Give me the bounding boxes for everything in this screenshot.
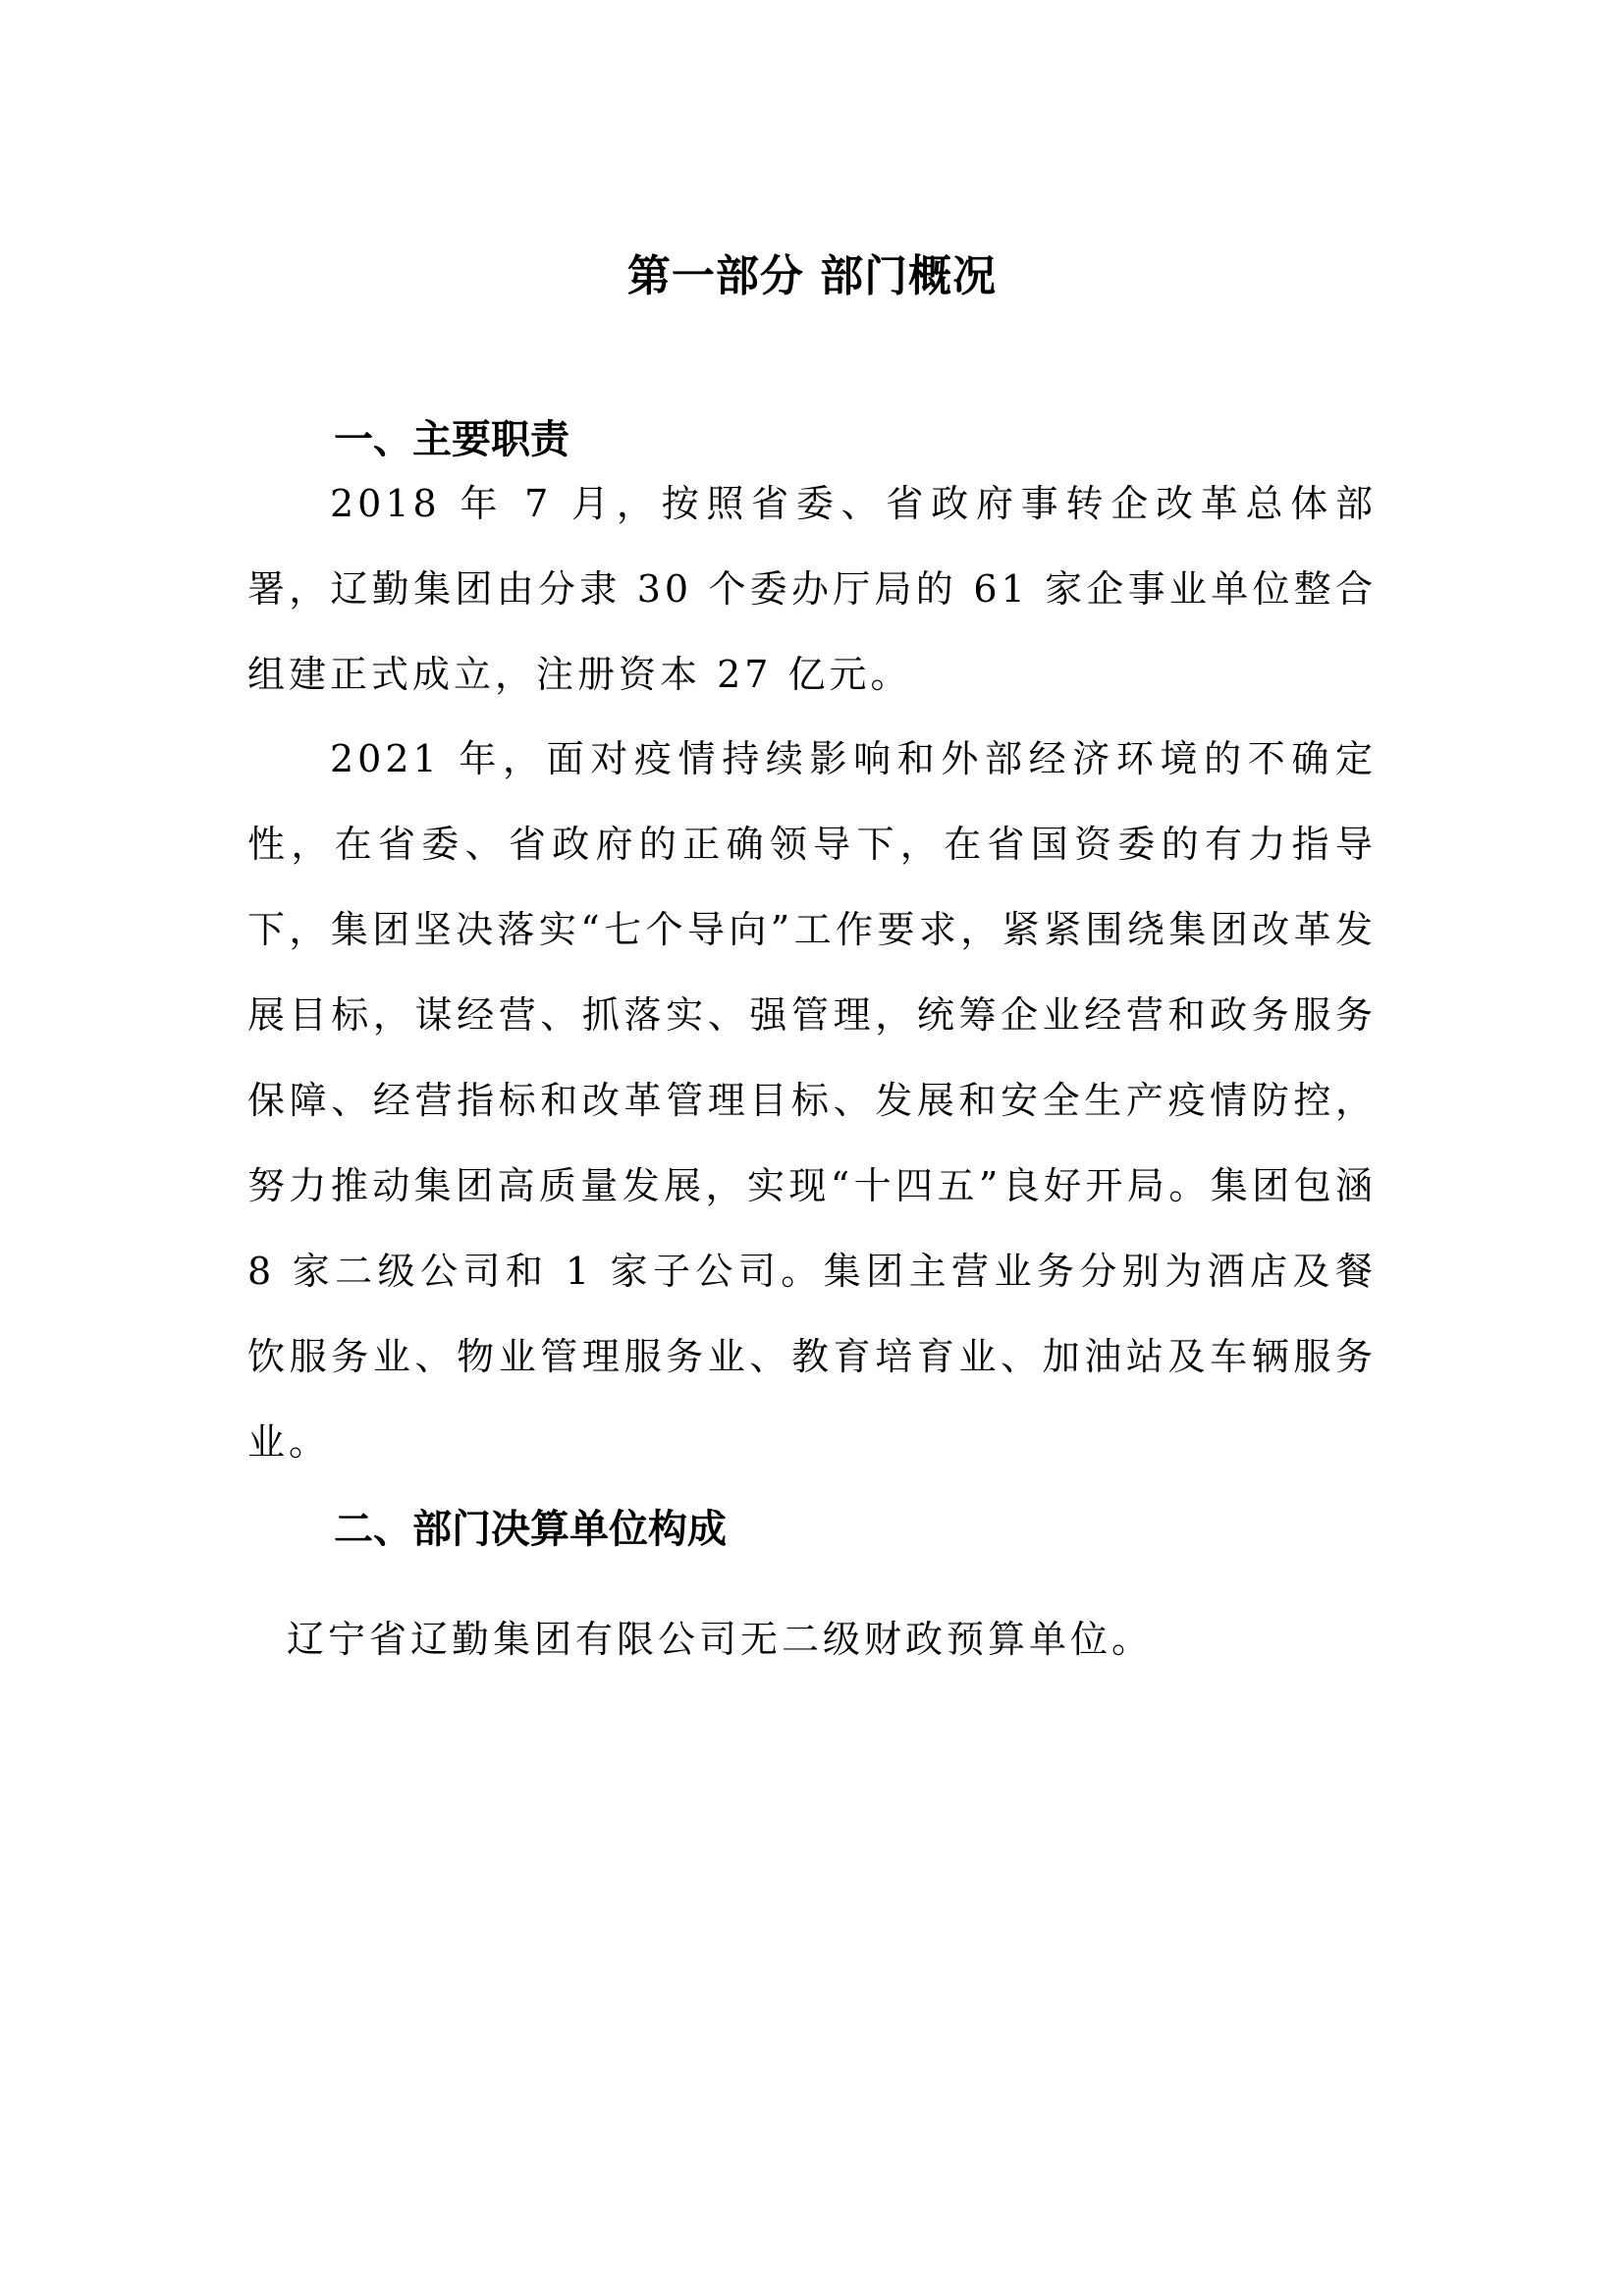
page-title: 第一部分 部门概况 xyxy=(0,247,1624,306)
paragraph-unit-composition: 辽宁省辽勤集团有限公司无二级财政预算单位。 xyxy=(287,1610,1153,1669)
paragraph-establishment: 2018 年 7 月，按照省委、省政府事转企改革总体部署，辽勤集团由分隶 30 … xyxy=(247,461,1377,718)
paragraph-2021-overview: 2021 年，面对疫情持续影响和外部经济环境的不确定性，在省委、省政府的正确领导… xyxy=(247,717,1377,1485)
section-heading-main-duties: 一、主要职责 xyxy=(334,412,569,467)
section-heading-unit-composition: 二、部门决算单位构成 xyxy=(334,1502,727,1557)
